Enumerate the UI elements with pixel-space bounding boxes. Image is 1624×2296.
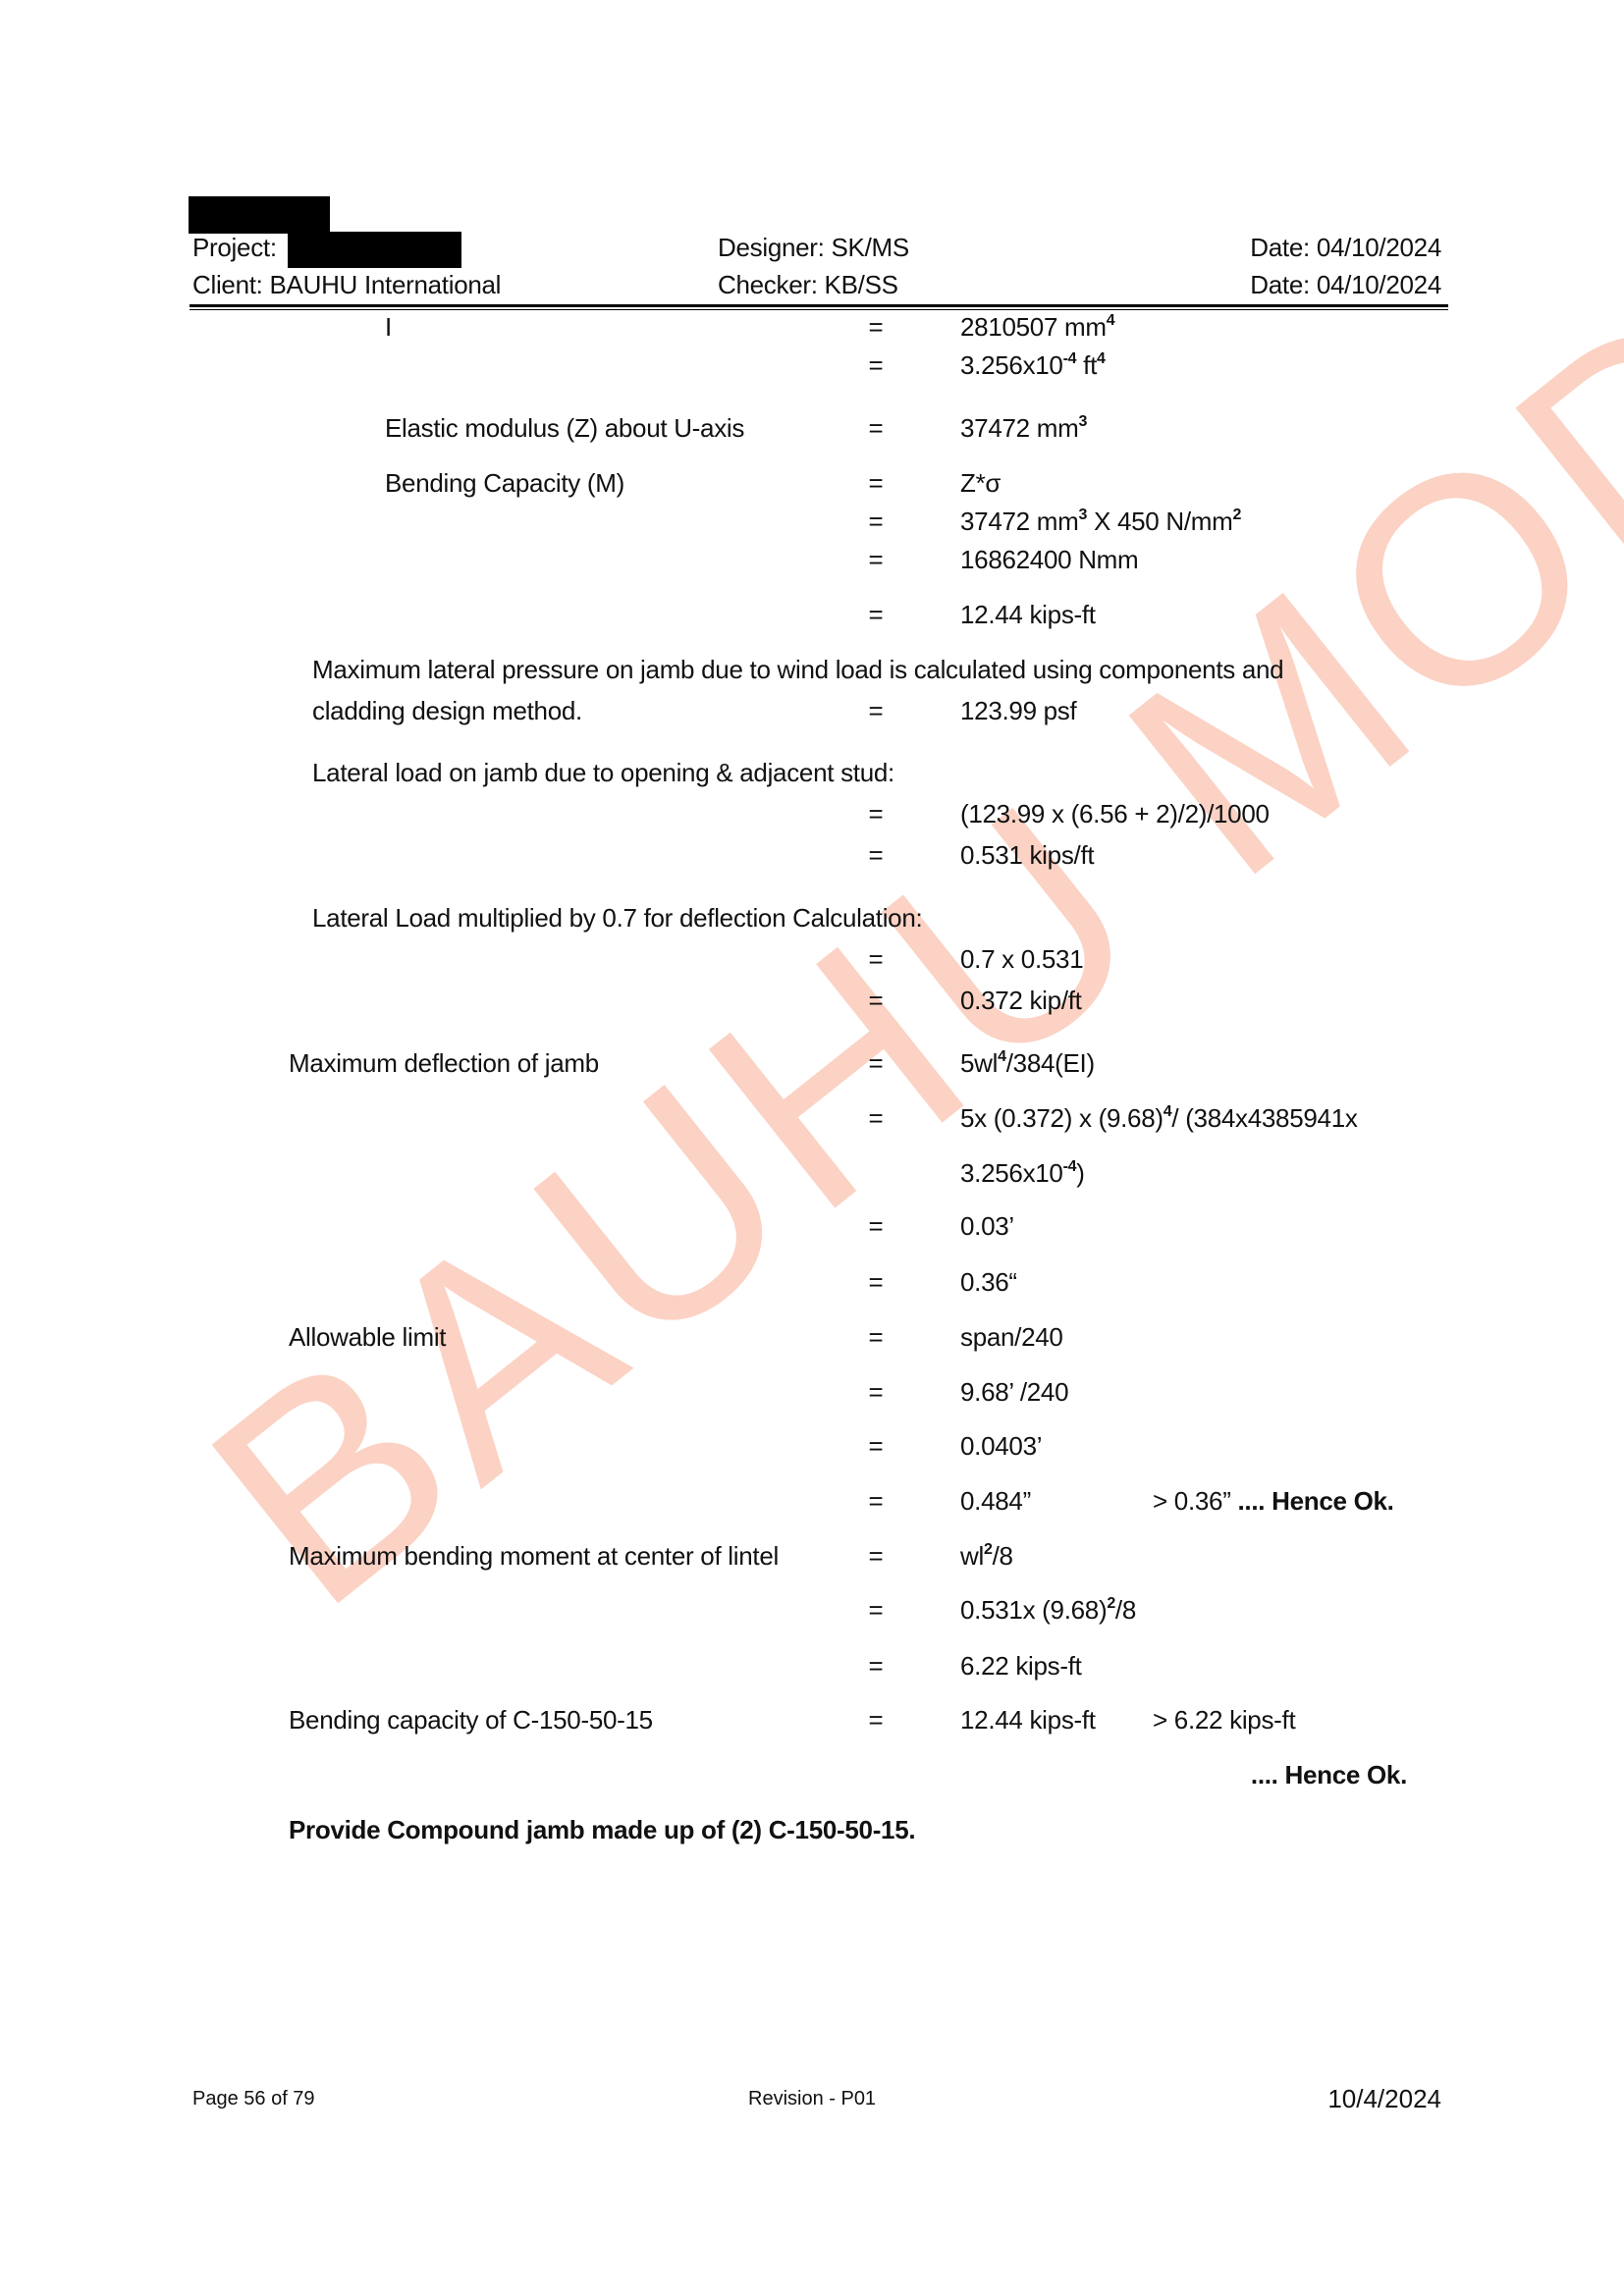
value-text: 5x (0.372) x (9.68): [960, 1103, 1164, 1133]
superscript: 4: [998, 1048, 1006, 1065]
section-capacity-value: 12.44 kips-ft: [960, 1705, 1096, 1735]
header-rule-thick: [189, 304, 1448, 307]
checker-label: Checker: KB/SS: [718, 270, 898, 299]
value-text: 2810507 mm: [960, 312, 1107, 342]
bending-capacity-formula: Z*σ: [960, 468, 1001, 498]
allowable-limit-inches: 0.484”: [960, 1486, 1031, 1516]
equals-sign: =: [866, 1431, 886, 1461]
max-bending-moment-value: 6.22 kips-ft: [960, 1651, 1082, 1681]
check-text: > 0.36”: [1153, 1486, 1238, 1516]
deflection-load-value: 0.372 kip/ft: [960, 986, 1082, 1015]
equals-sign: =: [866, 944, 886, 974]
elastic-modulus-label: Elastic modulus (Z) about U-axis: [385, 413, 744, 443]
max-deflection-substitution: 5x (0.372) x (9.68)4/ (384x4385941x: [960, 1103, 1358, 1133]
max-bending-moment-formula: wl2/8: [960, 1541, 1013, 1571]
bending-capacity-label: Bending Capacity (M): [385, 468, 624, 498]
allowable-limit-substitution: 9.68’ /240: [960, 1377, 1068, 1407]
value-text: 3.256x10: [960, 350, 1063, 380]
max-deflection-label: Maximum deflection of jamb: [289, 1048, 599, 1078]
client-label: Client: BAUHU International: [192, 270, 501, 299]
header-rule-thin: [189, 309, 1448, 310]
max-bending-moment-substitution: 0.531x (9.68)2/8: [960, 1595, 1136, 1625]
superscript: 2: [984, 1541, 993, 1558]
equals-sign: =: [866, 1377, 886, 1407]
allowable-limit-feet: 0.0403’: [960, 1431, 1042, 1461]
value-text: 5wl: [960, 1048, 998, 1078]
elastic-modulus-value: 37472 mm3: [960, 413, 1087, 443]
equals-sign: =: [866, 799, 886, 828]
allowable-limit-label: Allowable limit: [289, 1322, 446, 1352]
superscript: 2: [1232, 507, 1241, 523]
equals-sign: =: [866, 312, 886, 342]
lateral-load-label: Lateral load on jamb due to opening & ad…: [312, 758, 894, 787]
value-text: 37472 mm: [960, 507, 1078, 536]
project-label: Project:: [192, 233, 277, 262]
equals-sign: =: [866, 696, 886, 725]
page-number: Page 56 of 79: [192, 2088, 315, 2110]
date-designer: Date: 04/10/2024: [1250, 233, 1441, 262]
bending-capacity-kipsft: 12.44 kips-ft: [960, 600, 1096, 629]
value-text: ft: [1076, 350, 1097, 380]
max-deflection-substitution-cont: 3.256x10-4): [960, 1158, 1085, 1188]
superscript: 4: [1097, 350, 1106, 367]
equals-sign: =: [866, 1103, 886, 1133]
value-text: ): [1076, 1158, 1084, 1188]
value-text: X 450 N/mm: [1087, 507, 1232, 536]
equals-sign: =: [866, 1211, 886, 1241]
superscript: -4: [1063, 1158, 1077, 1175]
value-text: wl: [960, 1541, 984, 1571]
equals-sign: =: [866, 1322, 886, 1352]
value-text: 0.531x (9.68): [960, 1595, 1107, 1625]
deflection-load-label: Lateral Load multiplied by 0.7 for defle…: [312, 903, 922, 933]
bending-capacity-substitution: 37472 mm3 X 450 N/mm2: [960, 507, 1241, 536]
value-text: /8: [1115, 1595, 1136, 1625]
equals-sign: =: [866, 1486, 886, 1516]
inertia-value-mm: 2810507 mm4: [960, 312, 1114, 342]
bending-capacity-nmm: 16862400 Nmm: [960, 545, 1138, 574]
allowable-limit-formula: span/240: [960, 1322, 1063, 1352]
revision: Revision - P01: [748, 2088, 876, 2110]
equals-sign: =: [866, 986, 886, 1015]
redaction-box-top: [189, 196, 330, 234]
inertia-value-ft: 3.256x10-4 ft4: [960, 350, 1106, 380]
section-capacity-check: > 6.22 kips-ft: [1153, 1705, 1295, 1735]
value-text: 37472 mm: [960, 413, 1078, 443]
equals-sign: =: [866, 1705, 886, 1735]
equals-sign: =: [866, 600, 886, 629]
conclusion: Provide Compound jamb made up of (2) C-1…: [289, 1815, 915, 1844]
date-checker: Date: 04/10/2024: [1250, 270, 1441, 299]
superscript: 2: [1107, 1595, 1115, 1612]
wind-pressure-text-line2: cladding design method.: [312, 696, 582, 725]
value-text: 3.256x10: [960, 1158, 1063, 1188]
superscript: -4: [1063, 350, 1077, 367]
equals-sign: =: [866, 468, 886, 498]
deflection-load-formula: 0.7 x 0.531: [960, 944, 1083, 974]
equals-sign: =: [866, 507, 886, 536]
value-text: /8: [993, 1541, 1013, 1571]
lateral-load-value: 0.531 kips/ft: [960, 840, 1094, 870]
redaction-box-project: [288, 232, 461, 268]
hence-ok-text: .... Hence Ok.: [1251, 1760, 1407, 1789]
document-page: Project: Client: BAUHU International Des…: [0, 0, 1624, 2296]
footer-date: 10/4/2024: [1327, 2084, 1441, 2114]
inertia-label: I: [385, 312, 392, 342]
equals-sign: =: [866, 1048, 886, 1078]
value-text: /384(EI): [1006, 1048, 1095, 1078]
wind-pressure-value: 123.99 psf: [960, 696, 1076, 725]
deflection-check: > 0.36” .... Hence Ok.: [1153, 1486, 1394, 1516]
max-deflection-inches: 0.36“: [960, 1267, 1017, 1297]
superscript: 3: [1078, 413, 1087, 430]
value-text: / (384x4385941x: [1171, 1103, 1357, 1133]
superscript: 4: [1107, 312, 1115, 329]
max-deflection-formula: 5wl4/384(EI): [960, 1048, 1095, 1078]
lateral-load-formula: (123.99 x (6.56 + 2)/2)/1000: [960, 799, 1270, 828]
equals-sign: =: [866, 1651, 886, 1681]
equals-sign: =: [866, 413, 886, 443]
max-bending-moment-label: Maximum bending moment at center of lint…: [289, 1541, 779, 1571]
equals-sign: =: [866, 1267, 886, 1297]
equals-sign: =: [866, 1595, 886, 1625]
equals-sign: =: [866, 840, 886, 870]
wind-pressure-text-line1: Maximum lateral pressure on jamb due to …: [312, 655, 1283, 684]
equals-sign: =: [866, 350, 886, 380]
section-capacity-label: Bending capacity of C-150-50-15: [289, 1705, 653, 1735]
max-deflection-feet: 0.03’: [960, 1211, 1014, 1241]
hence-ok-text: .... Hence Ok.: [1238, 1486, 1394, 1516]
designer-label: Designer: SK/MS: [718, 233, 909, 262]
equals-sign: =: [866, 545, 886, 574]
superscript: 3: [1078, 507, 1087, 523]
equals-sign: =: [866, 1541, 886, 1571]
